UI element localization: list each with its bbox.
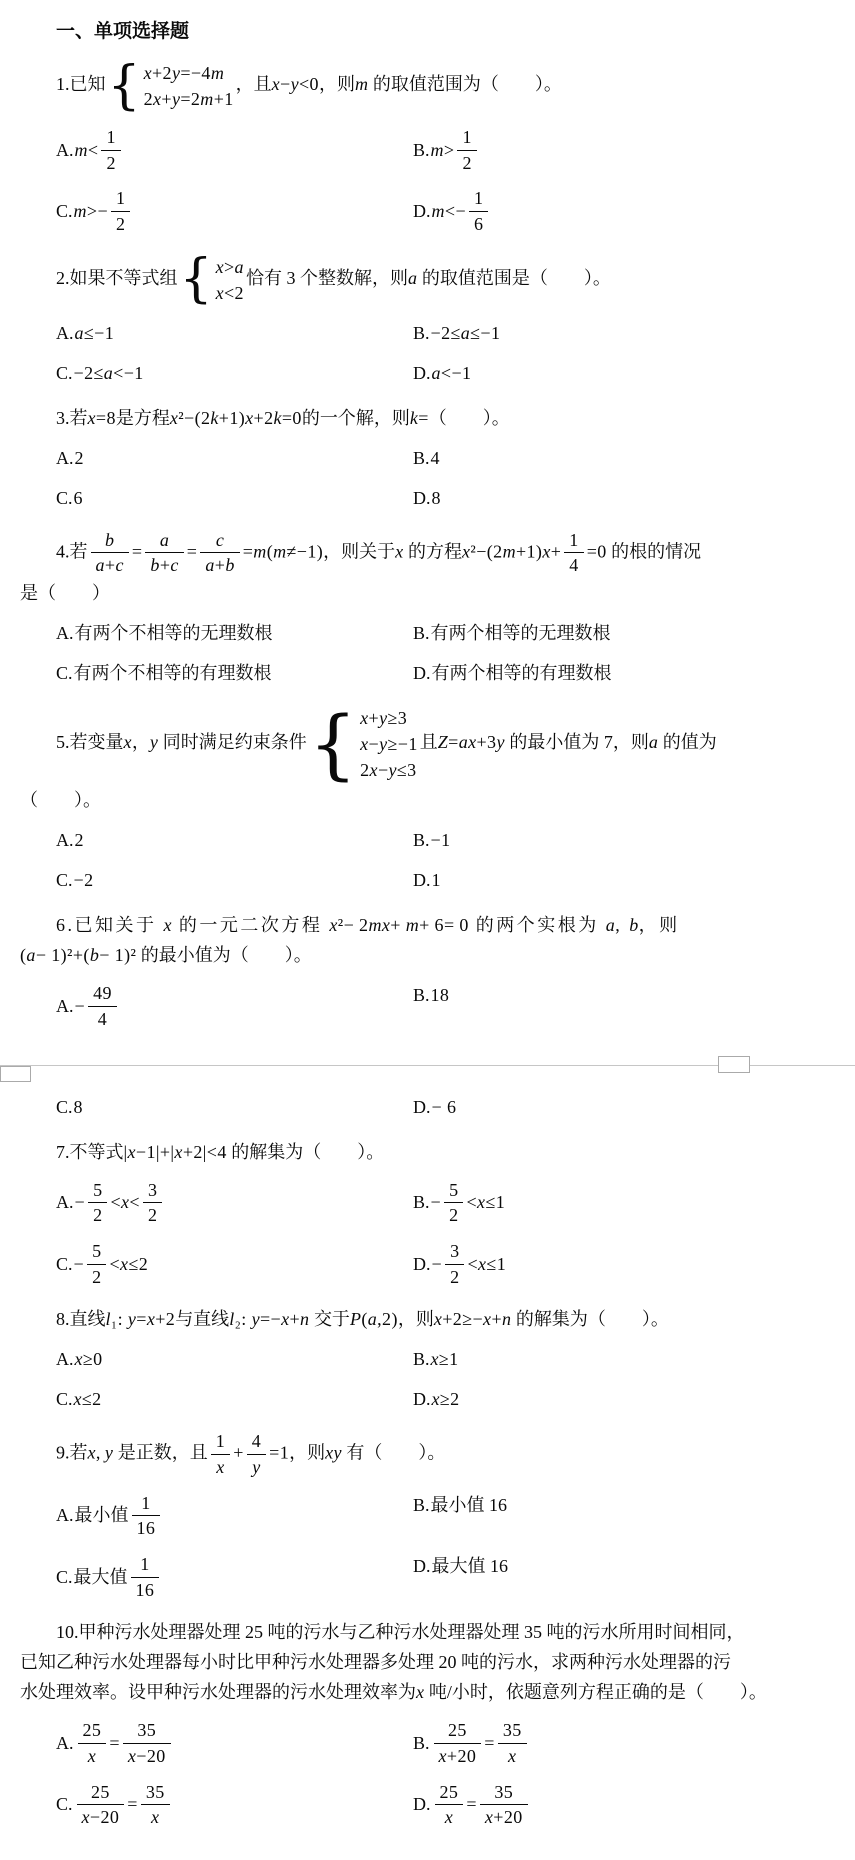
- fraction-denominator: 2: [101, 151, 120, 175]
- fraction-denominator: 2: [111, 212, 130, 236]
- cases-row: x−y≥−1: [360, 731, 418, 757]
- text-run: 的根的情况: [607, 541, 702, 561]
- cases-rows: x+y≥3x−y≥−12x−y≤3: [360, 705, 418, 783]
- fraction-denominator: x: [435, 1805, 464, 1829]
- question-line: 水处理效率。设甲种污水处理器的污水处理效率为x 吨/小时，依题意列方程正确的是（…: [20, 1677, 835, 1707]
- page-break: [0, 1050, 855, 1082]
- math-run: =: [187, 541, 198, 561]
- option-cell: B.−1: [413, 826, 450, 855]
- math-fraction: 35x−20: [123, 1719, 171, 1767]
- option-cell: B.m>12: [413, 125, 480, 175]
- option-label: D.: [413, 1093, 431, 1122]
- math-fraction: 32: [445, 1240, 464, 1288]
- question-line: 已知乙种污水处理器每小时比甲种污水处理器多处理 20 吨的污水，求两种污水处理器…: [20, 1647, 835, 1677]
- text-run: ，则: [398, 1309, 434, 1329]
- text-run: ，则: [639, 915, 680, 935]
- math-fraction: 52: [444, 1179, 463, 1227]
- math-run: x²−(2m+1)x+: [462, 541, 561, 561]
- math-run: 8: [74, 1093, 83, 1122]
- option-row: A.有两个不相等的无理数根B.有两个相等的无理数根: [20, 619, 835, 648]
- option-label: C.: [56, 359, 73, 388]
- option-cell: A.x≥0: [56, 1345, 413, 1374]
- math-run: 2: [75, 826, 84, 855]
- text-run: 1.已知: [56, 74, 106, 94]
- fraction-numerator: 1: [564, 529, 583, 554]
- math-run: x: [164, 915, 172, 935]
- fraction-denominator: x+20: [434, 1744, 482, 1768]
- math-run: b: [629, 915, 638, 935]
- fraction-numerator: 35: [498, 1719, 527, 1744]
- question-line: 3.若x=8是方程x²−(2k+1)x+2k=0的一个解，则k=（ ）。: [20, 403, 835, 433]
- fraction-numerator: 1: [111, 187, 130, 212]
- fraction-denominator: x+20: [480, 1805, 528, 1829]
- text-run: ，则: [289, 1443, 325, 1463]
- text-run: 有两个相等的有理数根: [432, 659, 612, 688]
- option-cell: C.−2: [56, 866, 413, 895]
- text-run: 的值为: [658, 732, 717, 752]
- option-cell: B.有两个相等的无理数根: [413, 619, 611, 648]
- option-label: C.: [56, 1250, 73, 1279]
- text-run: ，则关于: [323, 541, 395, 561]
- option-cell: C.−52<x≤2: [56, 1239, 413, 1289]
- math-run: m: [355, 74, 368, 94]
- option-label: A.: [56, 619, 74, 648]
- fraction-denominator: b+c: [145, 553, 183, 577]
- option-label: C.: [56, 1790, 73, 1819]
- option-cell: D.25x=35x+20: [413, 1780, 531, 1830]
- fraction-numerator: 5: [444, 1179, 463, 1204]
- math-fraction: ca+b: [200, 529, 239, 577]
- fraction-denominator: x: [211, 1455, 230, 1479]
- option-cell: D.8: [413, 484, 441, 513]
- math-run: =: [484, 1729, 495, 1758]
- option-label: A.: [56, 826, 74, 855]
- math-run: a: [606, 915, 615, 935]
- option-cell: A.最小值116: [56, 1491, 413, 1541]
- text-run: 的最小值为（ ）。: [136, 945, 312, 965]
- fraction-denominator: 6: [469, 212, 488, 236]
- fraction-numerator: 5: [88, 1179, 107, 1204]
- text-run: 有（ ）。: [342, 1443, 446, 1463]
- math-run: −: [75, 992, 86, 1021]
- math-run: =: [466, 1790, 477, 1819]
- math-run: x+2≥−x+n: [434, 1309, 512, 1329]
- text-run: 的取值范围为（ ）。: [368, 74, 562, 94]
- question-line: 9.若x, y 是正数，且1x+4y=1，则xy 有（ ）。: [20, 1429, 835, 1479]
- page-corner-marker-left: [0, 1066, 31, 1082]
- text-run: 已知乙种污水处理器每小时比甲种污水处理器多处理 20 吨的污水，求两种污水处理器…: [20, 1652, 731, 1672]
- option-cell: D.x≥2: [413, 1385, 460, 1414]
- option-label: B.: [413, 1729, 430, 1758]
- left-brace-icon: {: [108, 63, 141, 110]
- option-label: A.: [56, 1501, 74, 1530]
- option-cell: D.a<−1: [413, 359, 471, 388]
- fraction-denominator: x: [141, 1805, 170, 1829]
- option-label: A.: [56, 444, 74, 473]
- text-run: 10.甲种污水处理器处理 25 吨的污水与乙种污水处理器处理 35 吨的污水所用…: [56, 1622, 745, 1642]
- math-fraction: ab+c: [145, 529, 183, 577]
- math-run: 6: [74, 484, 83, 513]
- fraction-numerator: 25: [434, 1719, 482, 1744]
- math-fraction: 494: [88, 982, 117, 1030]
- math-run: −: [431, 1188, 442, 1217]
- fraction-denominator: 2: [457, 151, 476, 175]
- option-cell: B.最小值 16: [413, 1491, 507, 1520]
- option-row: C.6D.8: [20, 484, 835, 513]
- math-run: −2≤a<−1: [74, 359, 144, 388]
- fraction-denominator: x: [498, 1744, 527, 1768]
- text-run: 是方程: [116, 408, 170, 428]
- math-fraction: 25x−20: [77, 1781, 125, 1829]
- math-fraction: 12: [101, 126, 120, 174]
- question-line: 6.已知关于 x 的一元二次方程 x²− 2mx+ m+ 6= 0 的两个实根为…: [20, 910, 835, 940]
- fraction-denominator: y: [247, 1455, 266, 1479]
- option-row: A.−52<x<32B.−52<x≤1: [20, 1178, 835, 1228]
- question-line: 8.直线l₁: y=x+2与直线l₂: y=−x+n 交于P(a,2)，则x+2…: [20, 1304, 835, 1334]
- math-run: x≥1: [431, 1345, 459, 1374]
- text-run: 最大值: [74, 1563, 128, 1592]
- fraction-numerator: 35: [123, 1719, 171, 1744]
- fraction-numerator: a: [145, 529, 183, 554]
- page-corner-marker-right: [718, 1056, 750, 1073]
- question-stem: 10.甲种污水处理器处理 25 吨的污水与乙种污水处理器处理 35 吨的污水所用…: [20, 1617, 835, 1707]
- math-run: x: [124, 732, 132, 752]
- option-label: D.: [413, 484, 431, 513]
- option-label: D.: [413, 659, 431, 688]
- fraction-denominator: 2: [444, 1203, 463, 1227]
- math-run: 18: [431, 981, 450, 1010]
- fraction-numerator: 1: [469, 187, 488, 212]
- fraction-denominator: 2: [143, 1203, 162, 1227]
- cases-row: x+2y=−4m: [144, 60, 234, 86]
- option-cell: D.有两个相等的有理数根: [413, 659, 612, 688]
- fraction-numerator: 5: [87, 1240, 106, 1265]
- text-run: ，且: [236, 74, 272, 94]
- text-run: ,: [96, 1443, 105, 1463]
- question-stem: 1.已知{x+2y=−4m2x+y=2m+1，且x−y<0，则m 的取值范围为（…: [20, 58, 835, 114]
- text-run: 最小值: [75, 1501, 129, 1530]
- option-cell: D.−32<x≤1: [413, 1239, 506, 1289]
- math-fraction: 35x+20: [480, 1781, 528, 1829]
- math-run: =m(m≠−1): [243, 541, 323, 561]
- fraction-numerator: 35: [480, 1781, 528, 1806]
- math-run: x²−(2k+1)x+2k=0: [170, 408, 302, 428]
- math-fraction: 25x: [435, 1781, 464, 1829]
- option-label: D.: [413, 1552, 431, 1581]
- math-fraction: 12: [111, 187, 130, 235]
- question-line: 2.如果不等式组{x>ax<2恰有 3 个整数解，则a 的取值范围是（ ）。: [20, 252, 835, 308]
- text-run: 8.直线: [56, 1309, 106, 1329]
- option-label: C.: [56, 1563, 73, 1592]
- math-fraction: 25x: [78, 1719, 107, 1767]
- math-fraction: 35x: [141, 1781, 170, 1829]
- fraction-numerator: 3: [143, 1179, 162, 1204]
- question-stem: 7.不等式|x−1|+|x+2|<4 的解集为（ ）。: [20, 1137, 835, 1167]
- math-run: −1: [431, 826, 451, 855]
- option-cell: A.−494: [56, 981, 413, 1031]
- math-run: x=8: [88, 408, 116, 428]
- option-row: A.2B.4: [20, 444, 835, 473]
- math-run: k=: [410, 408, 429, 428]
- option-row: C.25x−20=35xD.25x=35x+20: [20, 1780, 835, 1830]
- option-cell: B.4: [413, 444, 440, 473]
- question-stem: 3.若x=8是方程x²−(2k+1)x+2k=0的一个解，则k=（ ）。: [20, 403, 835, 433]
- cases-row: 2x−y≤3: [360, 757, 418, 783]
- math-cases: {x+2y=−4m2x+y=2m+1: [108, 60, 234, 112]
- math-run: a: [649, 732, 658, 752]
- math-cases: {x>ax<2: [180, 254, 244, 306]
- option-cell: D.− 6: [413, 1093, 456, 1122]
- option-cell: C.−2≤a<−1: [56, 359, 413, 388]
- text-run: （ ）。: [20, 790, 101, 810]
- option-cell: D.1: [413, 866, 441, 895]
- option-label: A.: [56, 1188, 74, 1217]
- question-line: (a− 1)²+(b− 1)² 的最小值为（ ）。: [20, 940, 835, 970]
- option-label: D.: [413, 197, 431, 226]
- cases-row: 2x+y=2m+1: [144, 86, 234, 112]
- math-cases: {x+y≥3x−y≥−12x−y≤3: [309, 705, 418, 783]
- math-fraction: 52: [87, 1240, 106, 1288]
- option-row: C.−2D.1: [20, 866, 835, 895]
- math-run: <x<: [110, 1188, 140, 1217]
- fraction-denominator: x−20: [123, 1744, 171, 1768]
- option-cell: A.2: [56, 444, 413, 473]
- option-row: C.−2≤a<−1D.a<−1: [20, 359, 835, 388]
- math-run: <x≤2: [109, 1250, 148, 1279]
- document-page: 一、单项选择题1.已知{x+2y=−4m2x+y=2m+1，且x−y<0，则m …: [0, 0, 855, 1860]
- option-label: A.: [56, 1345, 74, 1374]
- fraction-numerator: 25: [435, 1781, 464, 1806]
- text-run: 交于: [309, 1309, 350, 1329]
- option-cell: C.8: [56, 1093, 413, 1122]
- option-cell: A.25x=35x−20: [56, 1718, 413, 1768]
- left-brace-icon: {: [309, 710, 357, 778]
- option-cell: A.有两个不相等的无理数根: [56, 619, 413, 648]
- option-cell: A.a≤−1: [56, 319, 413, 348]
- math-fraction: 4y: [247, 1430, 266, 1478]
- math-run: x−y<0: [272, 74, 319, 94]
- text-run: 的两个实根为: [469, 915, 606, 935]
- option-cell: C.x≤2: [56, 1385, 413, 1414]
- math-run: <x≤1: [466, 1188, 505, 1217]
- fraction-numerator: 3: [445, 1240, 464, 1265]
- option-cell: B.−2≤a≤−1: [413, 319, 500, 348]
- text-run: 的一元二次方程: [172, 915, 330, 935]
- text-run: 最小值 16: [431, 1491, 508, 1520]
- math-run: P(a,2): [350, 1309, 398, 1329]
- math-fraction: 32: [143, 1179, 162, 1227]
- fraction-numerator: 25: [77, 1781, 125, 1806]
- math-run: a: [408, 268, 417, 288]
- fraction-denominator: 16: [131, 1578, 160, 1602]
- option-cell: C.有两个不相等的有理数根: [56, 659, 413, 688]
- option-row: A.x≥0B.x≥1: [20, 1345, 835, 1374]
- fraction-numerator: 4: [247, 1430, 266, 1455]
- option-cell: A.m<12: [56, 125, 413, 175]
- question-stem: 5.若变量x，y 同时满足约束条件{x+y≥3x−y≥−12x−y≤3且Z=ax…: [20, 703, 835, 815]
- option-row: A.2B.−1: [20, 826, 835, 855]
- option-row: A.a≤−1B.−2≤a≤−1: [20, 319, 835, 348]
- math-run: =: [127, 1790, 138, 1819]
- math-run: m<: [75, 136, 99, 165]
- math-run: =: [132, 541, 143, 561]
- fraction-numerator: b: [91, 529, 129, 554]
- option-label: A.: [56, 136, 74, 165]
- option-cell: C.m>−12: [56, 186, 413, 236]
- math-run: m<−: [432, 197, 467, 226]
- math-run: xy: [325, 1443, 342, 1463]
- option-label: B.: [413, 1188, 430, 1217]
- question-line: 7.不等式|x−1|+|x+2|<4 的解集为（ ）。: [20, 1137, 835, 1167]
- text-run: 的取值范围是（ ）。: [417, 268, 611, 288]
- option-cell: B.−52<x≤1: [413, 1178, 505, 1228]
- math-run: (a− 1)²+(b− 1)²: [20, 945, 136, 965]
- math-fraction: 25x+20: [434, 1719, 482, 1767]
- math-fraction: 116: [131, 1553, 160, 1601]
- text-run: 4.若: [56, 541, 88, 561]
- option-label: D.: [413, 866, 431, 895]
- math-run: m>−: [74, 197, 109, 226]
- option-cell: D.m<−16: [413, 186, 491, 236]
- math-run: −: [432, 1250, 443, 1279]
- math-fraction: 16: [469, 187, 488, 235]
- math-fraction: 12: [457, 126, 476, 174]
- option-cell: C.最大值116: [56, 1552, 413, 1602]
- math-run: 4: [431, 444, 440, 473]
- math-run: =0: [587, 541, 607, 561]
- text-run: 有两个不相等的无理数根: [75, 619, 273, 648]
- text-run: 水处理效率。设甲种污水处理器的污水处理效率为: [20, 1682, 416, 1702]
- text-run: 有两个相等的无理数根: [431, 619, 611, 648]
- text-run: 6.已知关于: [56, 915, 164, 935]
- fraction-numerator: 25: [78, 1719, 107, 1744]
- option-label: B.: [413, 444, 430, 473]
- option-cell: B.x≥1: [413, 1345, 459, 1374]
- math-fraction: 116: [132, 1492, 161, 1540]
- text-run: 的方程: [404, 541, 463, 561]
- fraction-denominator: 2: [445, 1265, 464, 1289]
- text-run: 恰有 3 个整数解，则: [246, 268, 408, 288]
- cases-row: x>a: [216, 254, 244, 280]
- question-stem: 4.若ba+c=ab+c=ca+b=m(m≠−1)，则关于x 的方程x²−(2m…: [20, 528, 835, 608]
- option-label: D.: [413, 1385, 431, 1414]
- math-fraction: 52: [88, 1179, 107, 1227]
- cases-row: x<2: [216, 280, 244, 306]
- fraction-numerator: 35: [141, 1781, 170, 1806]
- text-run: 是（ ）: [20, 583, 110, 603]
- text-run: ，: [132, 732, 150, 752]
- question-line: 是（ ）: [20, 578, 835, 608]
- option-cell: D.最大值 16: [413, 1552, 508, 1581]
- math-run: =: [109, 1729, 120, 1758]
- math-run: −: [74, 1250, 85, 1279]
- option-label: C.: [56, 484, 73, 513]
- math-run: a≤−1: [75, 319, 115, 348]
- question-line: 1.已知{x+2y=−4m2x+y=2m+1，且x−y<0，则m 的取值范围为（…: [20, 58, 835, 114]
- math-run: 1: [432, 866, 441, 895]
- option-label: B.: [413, 1345, 430, 1374]
- math-run: <x≤1: [467, 1250, 506, 1279]
- option-cell: C.25x−20=35x: [56, 1780, 413, 1830]
- text-run: 2.如果不等式组: [56, 268, 178, 288]
- text-run: 同时满足约束条件: [158, 732, 307, 752]
- option-cell: C.6: [56, 484, 413, 513]
- math-run: l₁: y=x+2: [106, 1309, 176, 1329]
- question-line: （ ）。: [20, 785, 835, 815]
- option-row: A.最小值116B.最小值 16: [20, 1491, 835, 1541]
- math-run: − 6: [432, 1093, 457, 1122]
- text-run: 是正数，且: [113, 1443, 208, 1463]
- text-run: 的解集为（ ）。: [227, 1142, 385, 1162]
- option-row: C.有两个不相等的有理数根D.有两个相等的有理数根: [20, 659, 835, 688]
- fraction-denominator: x: [78, 1744, 107, 1768]
- text-run: ，则: [319, 74, 355, 94]
- option-label: C.: [56, 1093, 73, 1122]
- math-run: l₂: y=−x+n: [229, 1309, 309, 1329]
- math-fraction: 1x: [211, 1430, 230, 1478]
- text-run: 5.若变量: [56, 732, 124, 752]
- math-run: =1: [269, 1443, 289, 1463]
- fraction-denominator: 4: [88, 1007, 117, 1031]
- fraction-denominator: 16: [132, 1516, 161, 1540]
- fraction-denominator: a+b: [200, 553, 239, 577]
- fraction-numerator: 1: [132, 1492, 161, 1517]
- math-fraction: 35x: [498, 1719, 527, 1767]
- text-run: 与直线: [175, 1309, 229, 1329]
- math-run: x: [88, 1443, 96, 1463]
- option-label: D.: [413, 1250, 431, 1279]
- option-label: C.: [56, 1385, 73, 1414]
- math-run: Z=ax+3y: [438, 732, 505, 752]
- option-label: D.: [413, 359, 431, 388]
- option-row: C.x≤2D.x≥2: [20, 1385, 835, 1414]
- text-run: 的解集为（ ）。: [511, 1309, 669, 1329]
- math-fraction: ba+c: [91, 529, 129, 577]
- text-run: 7.不等式: [56, 1142, 124, 1162]
- cases-rows: x>ax<2: [216, 254, 244, 306]
- math-run: 8: [432, 484, 441, 513]
- math-run: |x−1|+|x+2|<4: [124, 1142, 227, 1162]
- fraction-numerator: c: [200, 529, 239, 554]
- math-run: x≤2: [74, 1385, 102, 1414]
- text-run: ,: [615, 915, 629, 935]
- option-cell: A.−52<x<32: [56, 1178, 413, 1228]
- option-label: A.: [56, 992, 74, 1021]
- fraction-numerator: 1: [457, 126, 476, 151]
- option-cell: B.25x+20=35x: [413, 1718, 530, 1768]
- question-stem: 8.直线l₁: y=x+2与直线l₂: y=−x+n 交于P(a,2)，则x+2…: [20, 1304, 835, 1334]
- option-row: C.最大值116D.最大值 16: [20, 1552, 835, 1602]
- option-cell: A.2: [56, 826, 413, 855]
- question-line: 5.若变量x，y 同时满足约束条件{x+y≥3x−y≥−12x−y≤3且Z=ax…: [20, 703, 835, 785]
- option-label: B.: [413, 981, 430, 1010]
- section-title: 一、单项选择题: [20, 16, 835, 43]
- option-label: C.: [56, 659, 73, 688]
- option-row: A.25x=35x−20B.25x+20=35x: [20, 1718, 835, 1768]
- option-row: C.−52<x≤2D.−32<x≤1: [20, 1239, 835, 1289]
- option-row: A.m<12B.m>12: [20, 125, 835, 175]
- document-content: 一、单项选择题1.已知{x+2y=−4m2x+y=2m+1，且x−y<0，则m …: [0, 0, 855, 1860]
- option-label: B.: [413, 619, 430, 648]
- fraction-numerator: 1: [131, 1553, 160, 1578]
- cases-row: x+y≥3: [360, 705, 418, 731]
- math-run: −2≤a≤−1: [431, 319, 501, 348]
- math-run: m>: [431, 136, 455, 165]
- math-run: x≥0: [75, 1345, 103, 1374]
- math-run: a<−1: [432, 359, 472, 388]
- text-run: 的一个解，则: [302, 408, 410, 428]
- text-run: 9.若: [56, 1443, 88, 1463]
